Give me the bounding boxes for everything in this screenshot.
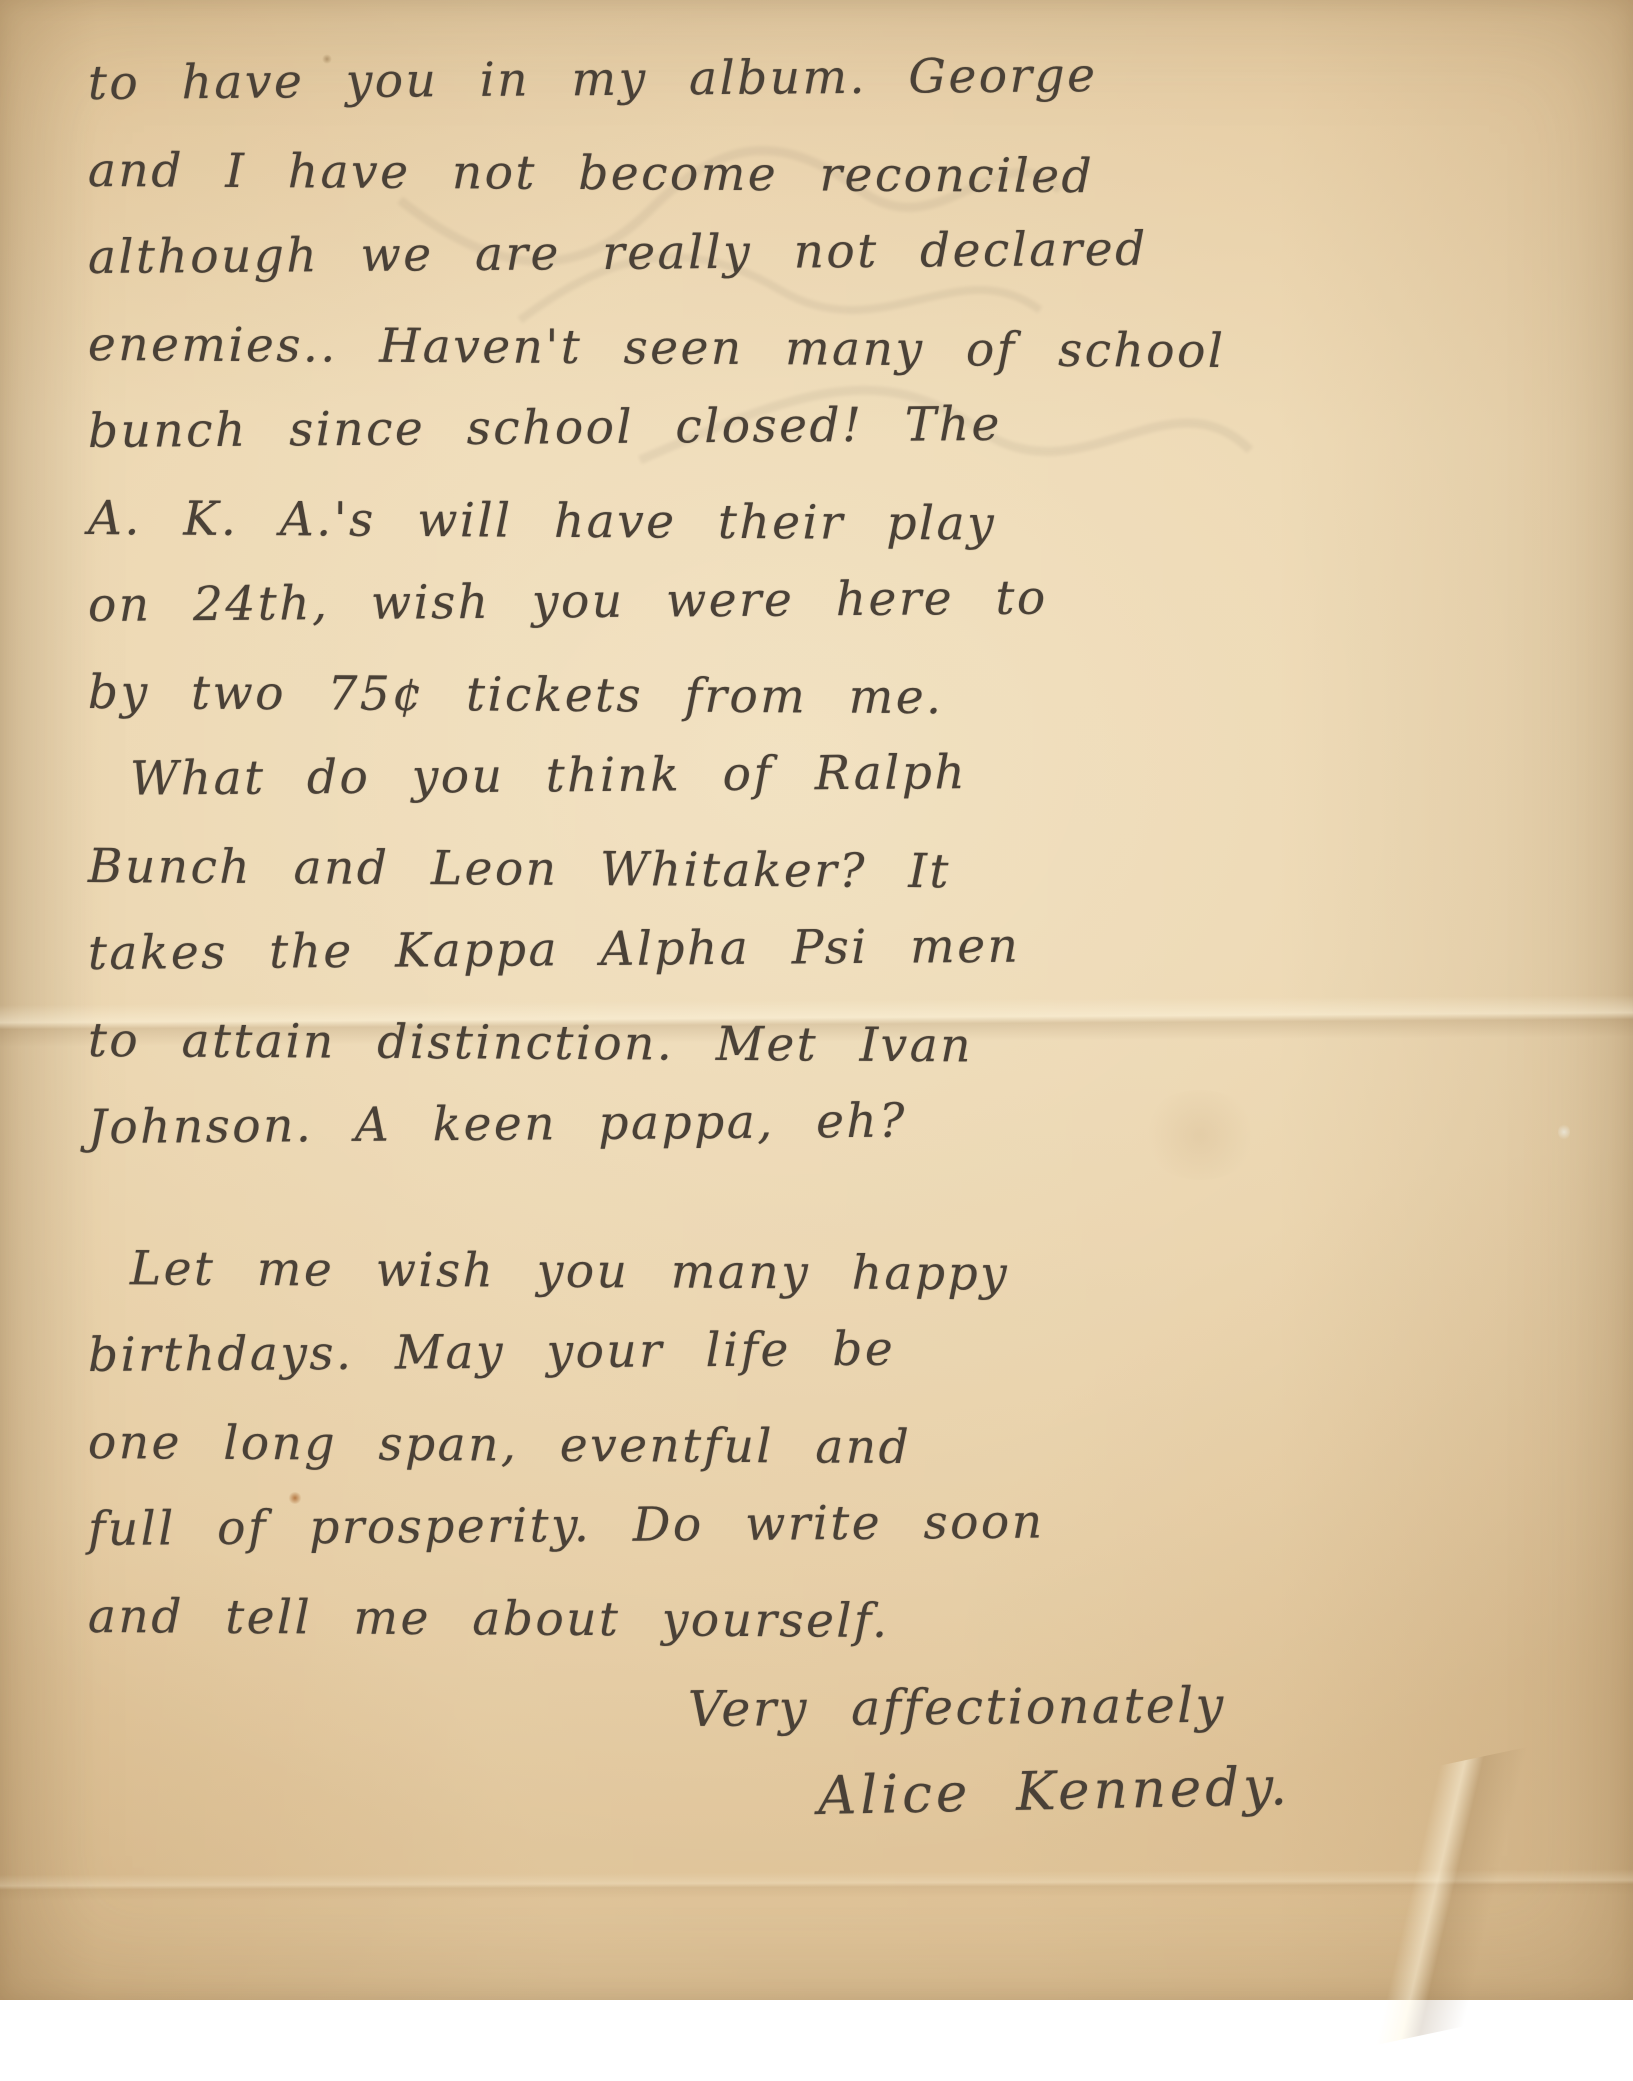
- letter-line: What do you think of Ralph: [88, 724, 1569, 823]
- letter-line: to have you in my album. George: [88, 28, 1569, 127]
- letter-line: although we are really not declared: [88, 202, 1569, 301]
- letter-line: full of prosperity. Do write soon: [88, 1474, 1569, 1573]
- letter-page: to have you in my album. George and I ha…: [0, 0, 1633, 2000]
- letter-line: on 24th, wish you were here to: [88, 550, 1569, 649]
- letter-line: and tell me about yourself.: [88, 1573, 1569, 1669]
- signature: Alice Kennedy.: [817, 1737, 1569, 1840]
- closing-line: Very affectionately: [688, 1659, 1569, 1753]
- letter-line: Johnson. A keen pappa, eh?: [88, 1072, 1569, 1171]
- letter-line: takes the Kappa Alpha Psi men: [88, 898, 1569, 997]
- letter-line: birthdays. May your life be: [88, 1300, 1569, 1399]
- letter-body: to have you in my album. George and I ha…: [88, 40, 1568, 1840]
- letter-line: bunch since school closed! The: [88, 376, 1569, 475]
